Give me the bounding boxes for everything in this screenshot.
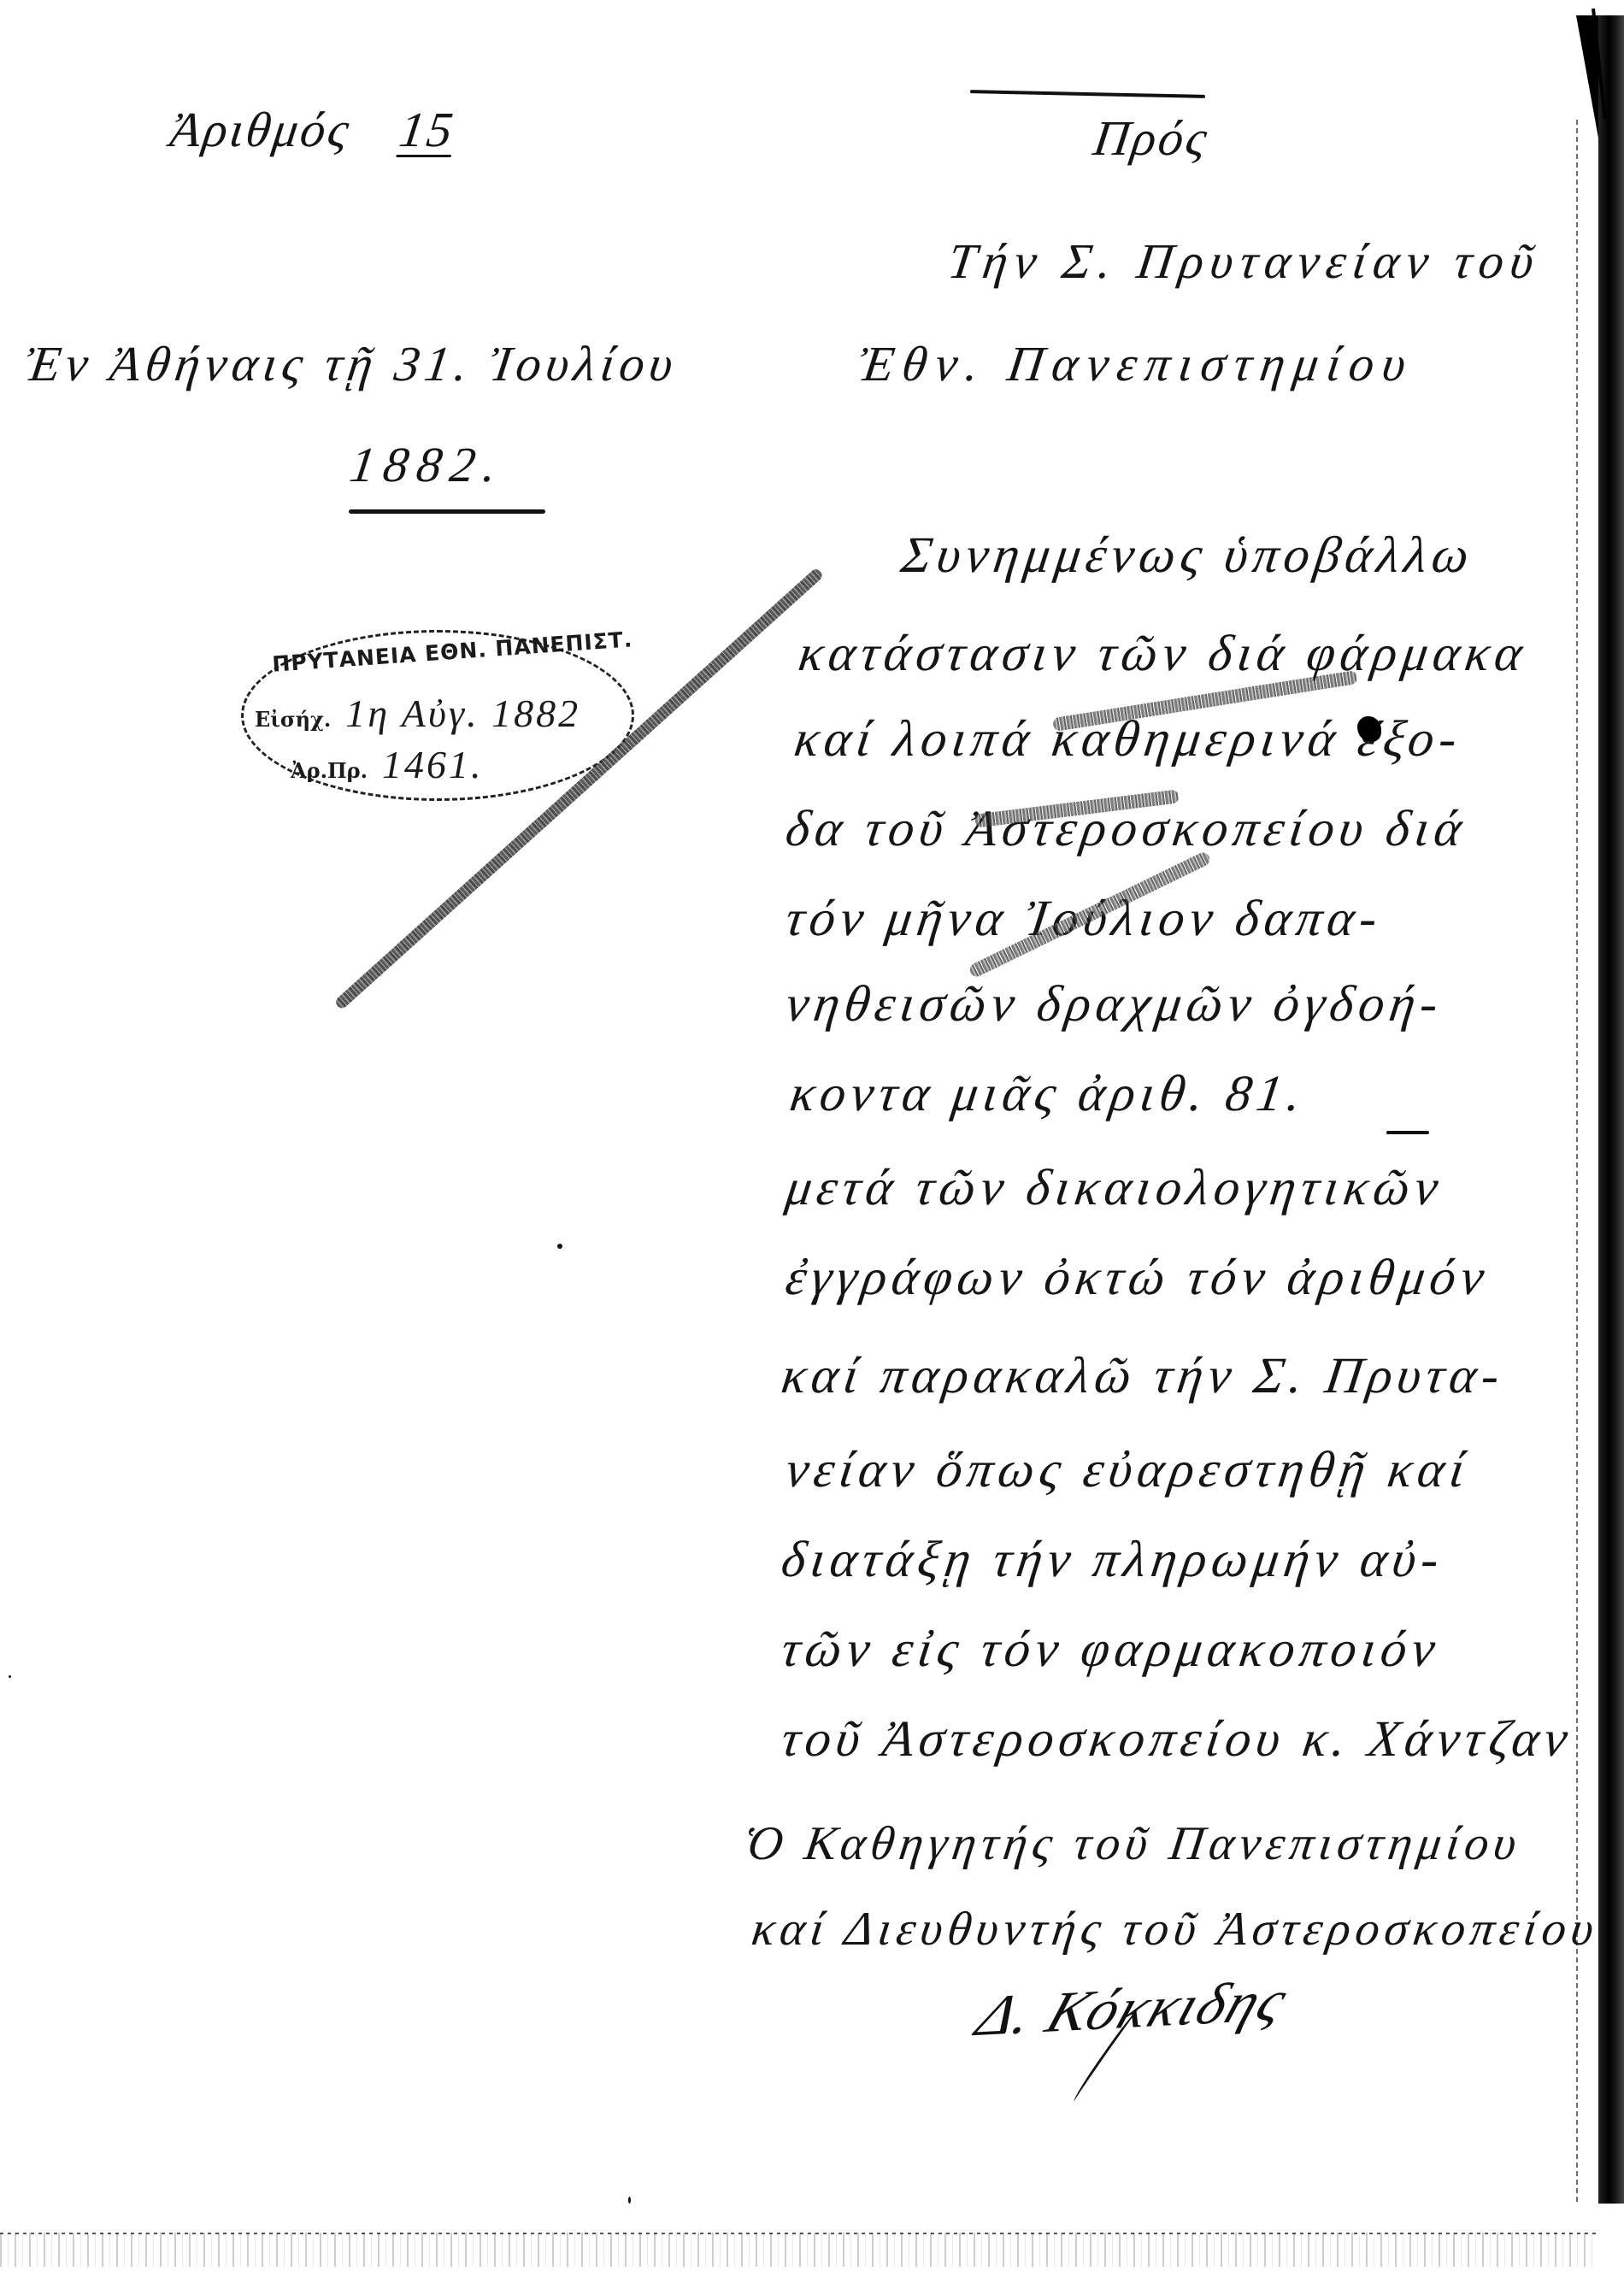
- body-line-8: μετά τῶν δικαιολογητικῶν: [782, 1158, 1447, 1217]
- scan-speck: [557, 1244, 562, 1249]
- amount-underline: [1386, 1131, 1429, 1134]
- body-line-14: τοῦ Ἀστεροσκοπείου κ. Χάντζαν: [778, 1709, 1576, 1768]
- stamp-protocol-value: 1461.: [382, 743, 484, 786]
- closing-line-2: καί Διευθυντής τοῦ Ἀστεροσκοπείου: [749, 1902, 1603, 1957]
- signature: Δ. Κόκκιδης: [968, 1967, 1297, 2050]
- scan-speck: [628, 2197, 631, 2204]
- addressee-line-1: Τήν Σ. Πρυτανείαν τοῦ: [944, 232, 1544, 290]
- year-underline: [349, 509, 545, 514]
- body-line-11: νείαν ὅπως εὐαρεστηθῇ καί: [782, 1440, 1474, 1499]
- body-line-12: διατάξῃ τήν πληρωμήν αὐ-: [778, 1530, 1448, 1589]
- header-rule: [970, 90, 1205, 98]
- page-fold-line: [1576, 120, 1578, 2205]
- stamp-protocol-row: Ἀρ.Πρ. 1461.: [291, 742, 484, 787]
- stamp-received-label: Εἰσήχ.: [255, 707, 331, 732]
- page-binding-edge: [1598, 15, 1624, 2204]
- stamp-protocol-label: Ἀρ.Πρ.: [291, 758, 368, 783]
- to-label: Πρός: [1090, 109, 1213, 167]
- scan-noise-strip: [0, 2233, 1598, 2267]
- body-line-13: τῶν εἰς τόν φαρμακοποιόν: [778, 1620, 1444, 1679]
- scan-speck: [9, 1675, 11, 1678]
- body-line-10: καί παρακαλῶ τήν Σ. Πρυτα-: [778, 1346, 1508, 1405]
- number-label: Ἀριθμός: [167, 102, 355, 157]
- addressee-line-2: Ἐθν. Πανεπιστημίου: [855, 335, 1418, 392]
- body-line-6: νηθεισῶν δραχμῶν ὀγδοή-: [782, 974, 1446, 1033]
- body-line-9: ἐγγράφων ὀκτώ τόν ἀριθμόν: [782, 1248, 1493, 1307]
- document-number: Ἀριθμός 15: [167, 101, 458, 158]
- scanned-document-page: Ἀριθμός 15 Πρός Τήν Σ. Πρυτανείαν τοῦ Ἐθ…: [0, 0, 1624, 2295]
- body-line-2: κατάστασιν τῶν διά φάρμακα: [795, 624, 1531, 683]
- stamp-received-row: Εἰσήχ. 1η Αὐγ. 1882: [255, 691, 580, 736]
- number-value: 15: [396, 102, 458, 157]
- closing-line-1: Ὁ Καθηγητής τοῦ Πανεπιστημίου: [740, 1816, 1526, 1871]
- body-line-7-text: κοντα μιᾶς ἀριθ. 81.: [786, 1065, 1309, 1121]
- body-line-1: Συνημμένως ὑποβάλλω: [897, 526, 1478, 585]
- body-line-7: κοντα μιᾶς ἀριθ. 81.: [786, 1064, 1309, 1123]
- place-date: Ἐν Ἀθήναις τῇ 31. Ἰουλίου: [21, 335, 681, 392]
- year: 1882.: [346, 436, 509, 493]
- stamp-received-value: 1η Αὐγ. 1882: [345, 691, 580, 735]
